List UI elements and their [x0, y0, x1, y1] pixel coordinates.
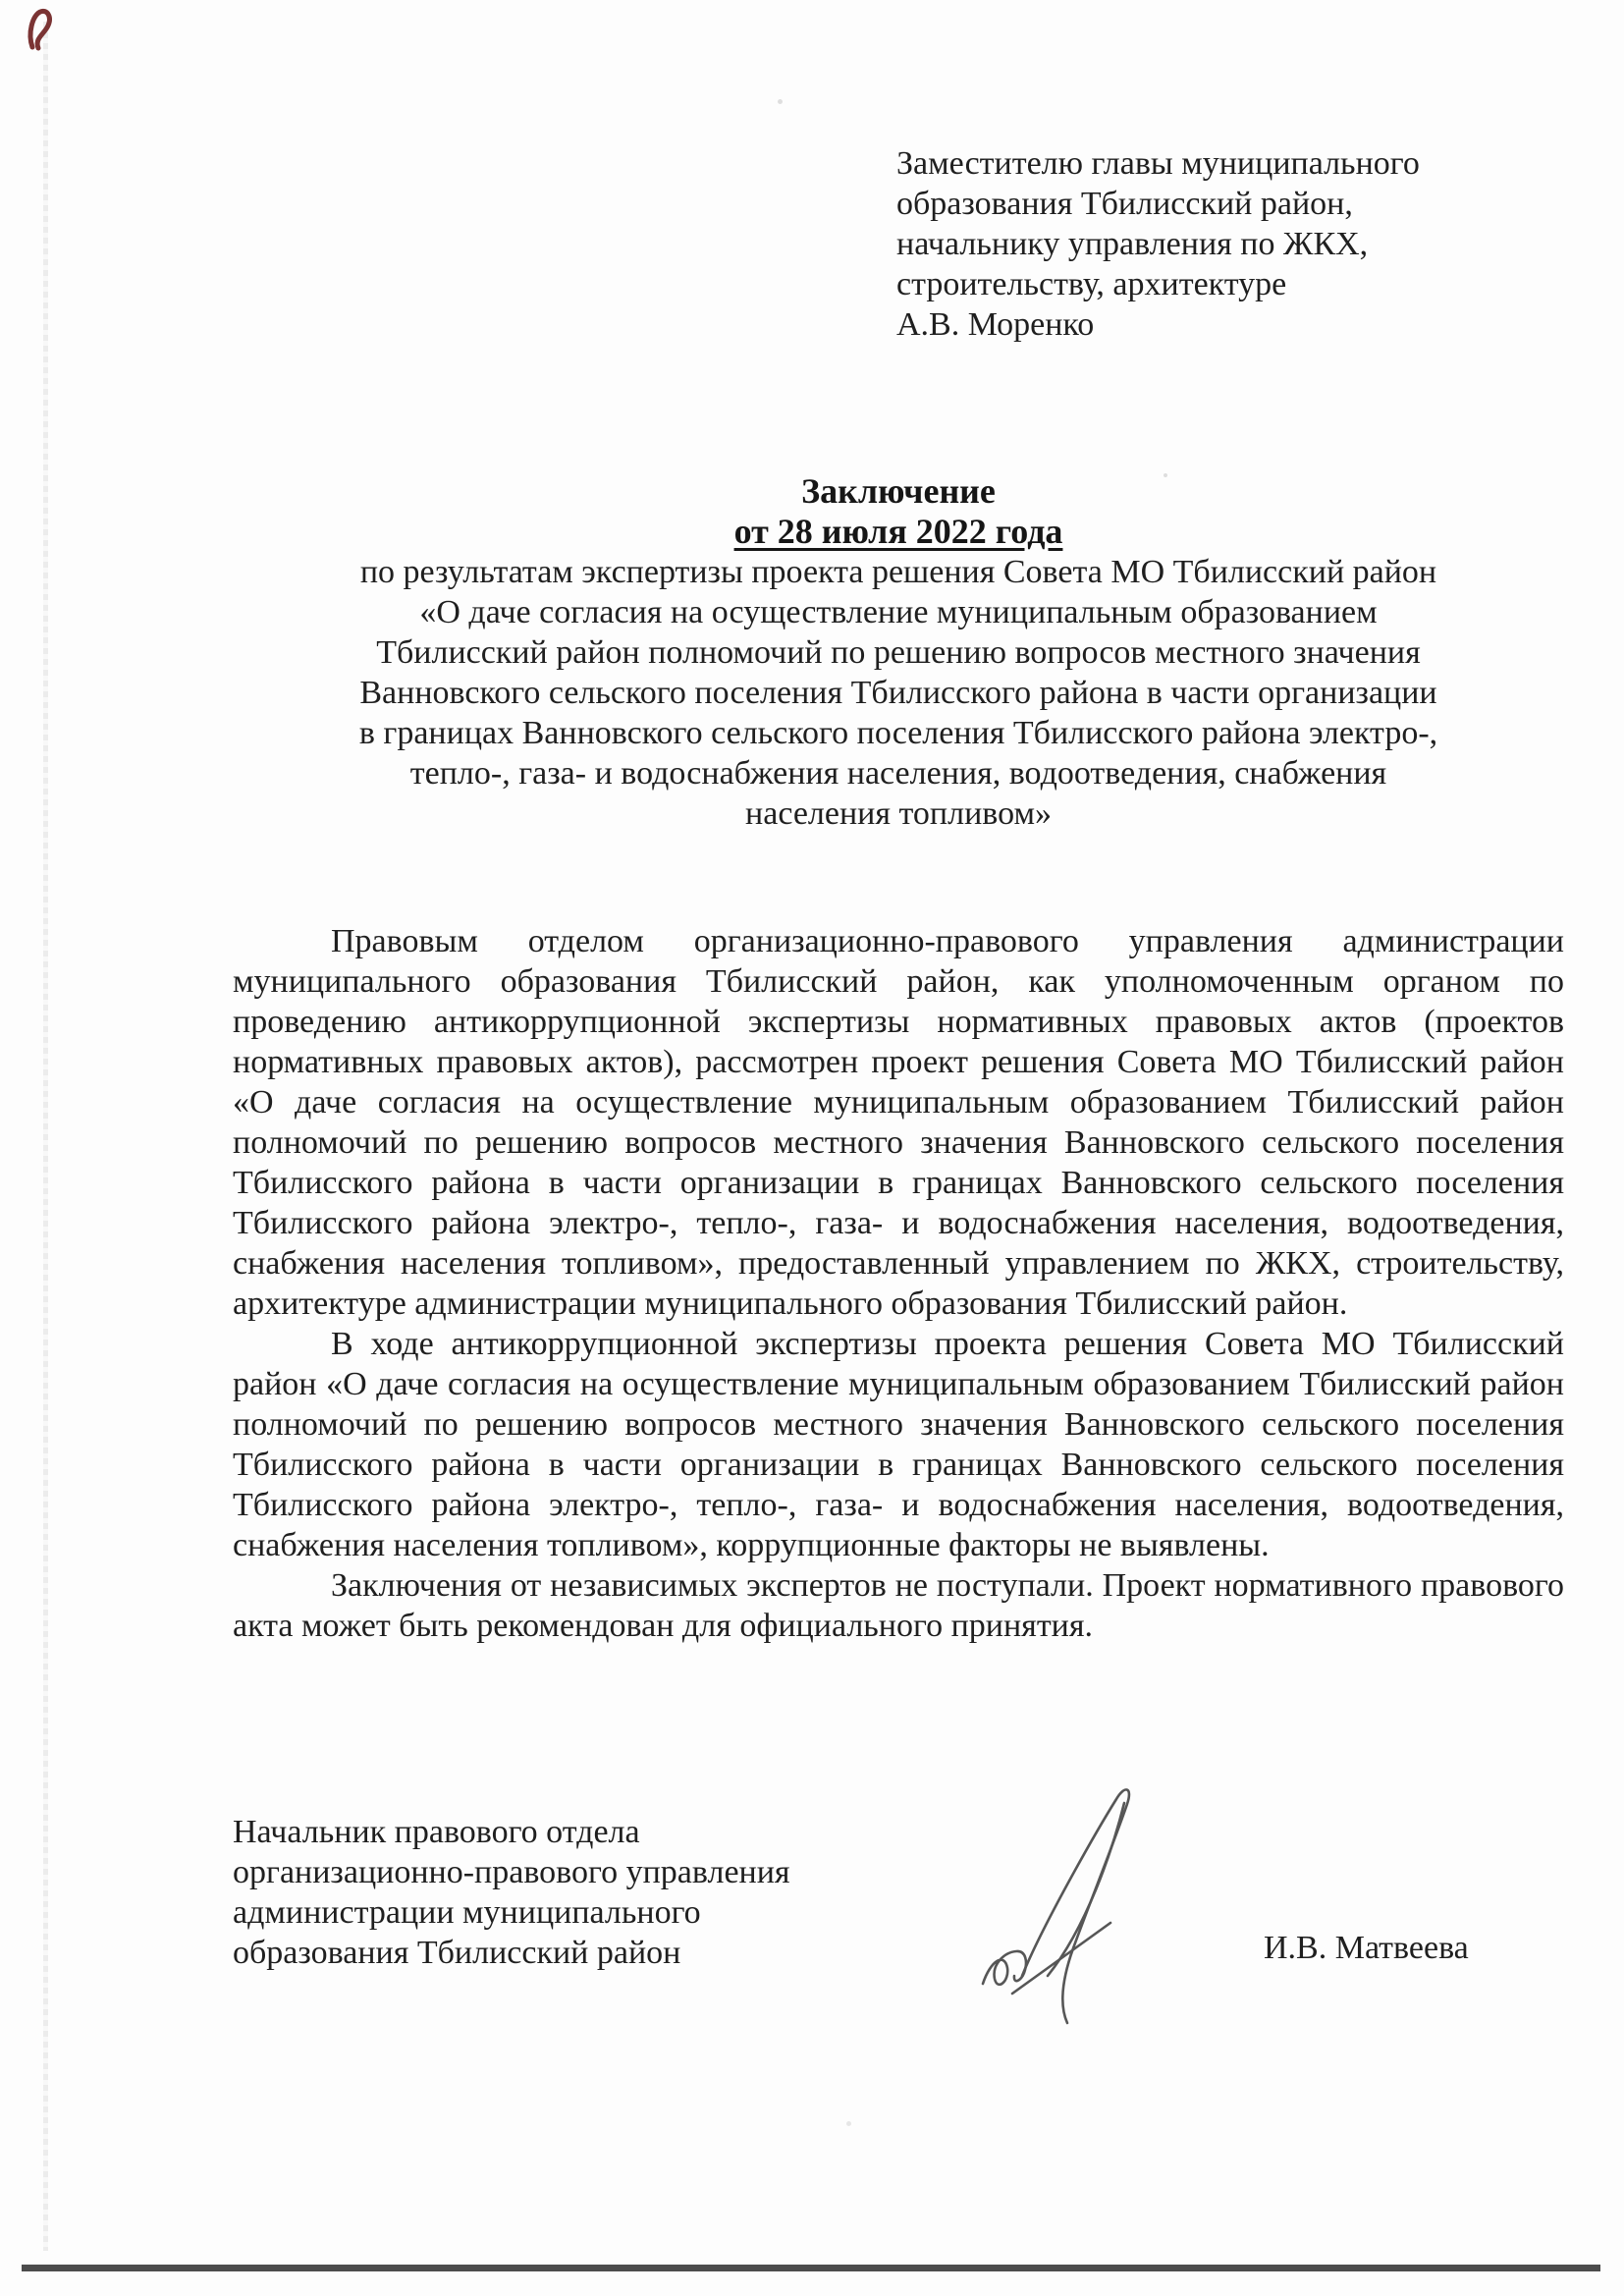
scan-artifact-bottom-strip — [22, 2265, 1600, 2271]
conclusion-subject-line: Тбилисский район полномочий по решению в… — [233, 632, 1564, 673]
body-paragraph: В ходе антикоррупционной экспертизы прое… — [233, 1324, 1564, 1565]
body-text: Правовым отделом организационно-правовог… — [233, 921, 1564, 1646]
scan-artifact-left-line — [43, 22, 48, 2251]
addressee-line: начальнику управления по ЖКХ, — [896, 224, 1486, 264]
addressee-line: строительству, архитектуре — [896, 264, 1486, 304]
signer-name: И.В. Матвеева — [1264, 1930, 1469, 1967]
conclusion-date: от 28 июля 2022 года — [233, 512, 1564, 552]
addressee-block: Заместителю главы муниципального образов… — [896, 143, 1486, 345]
conclusion-subject-line: населения топливом» — [233, 793, 1564, 834]
addressee-line: Заместителю главы муниципального — [896, 143, 1486, 184]
signature-scribble — [977, 1779, 1198, 2030]
signatory-title-line: администрации муниципального — [233, 1892, 790, 1933]
addressee-line: А.В. Моренко — [896, 304, 1486, 345]
body-paragraph: Заключения от независимых экспертов не п… — [233, 1565, 1564, 1646]
conclusion-subject-line: тепло-, газа- и водоснабжения населения,… — [233, 753, 1564, 793]
document-page: Заместителю главы муниципального образов… — [0, 0, 1624, 2296]
signatory-title-line: организационно-правового управления — [233, 1852, 790, 1892]
scan-artifact-corner-mark — [26, 8, 55, 53]
addressee-line: образования Тбилисский район, — [896, 184, 1486, 224]
conclusion-subject-line: «О даче согласия на осуществление муници… — [233, 592, 1564, 632]
conclusion-subject-line: Ванновского сельского поселения Тбилисск… — [233, 673, 1564, 713]
signatory-title-line: образования Тбилисский район — [233, 1933, 790, 1973]
signatory-title-line: Начальник правового отдела — [233, 1812, 790, 1852]
conclusion-title: Заключение — [233, 471, 1564, 512]
body-paragraph: Правовым отделом организационно-правовог… — [233, 921, 1564, 1324]
signatory-title-block: Начальник правового отдела организационн… — [233, 1812, 790, 1973]
conclusion-subject-line: по результатам экспертизы проекта решени… — [233, 552, 1564, 592]
title-block: Заключение от 28 июля 2022 года по резул… — [233, 471, 1564, 834]
conclusion-subject-line: в границах Ванновского сельского поселен… — [233, 713, 1564, 753]
scan-speck — [846, 2121, 851, 2126]
scan-speck — [778, 99, 783, 104]
